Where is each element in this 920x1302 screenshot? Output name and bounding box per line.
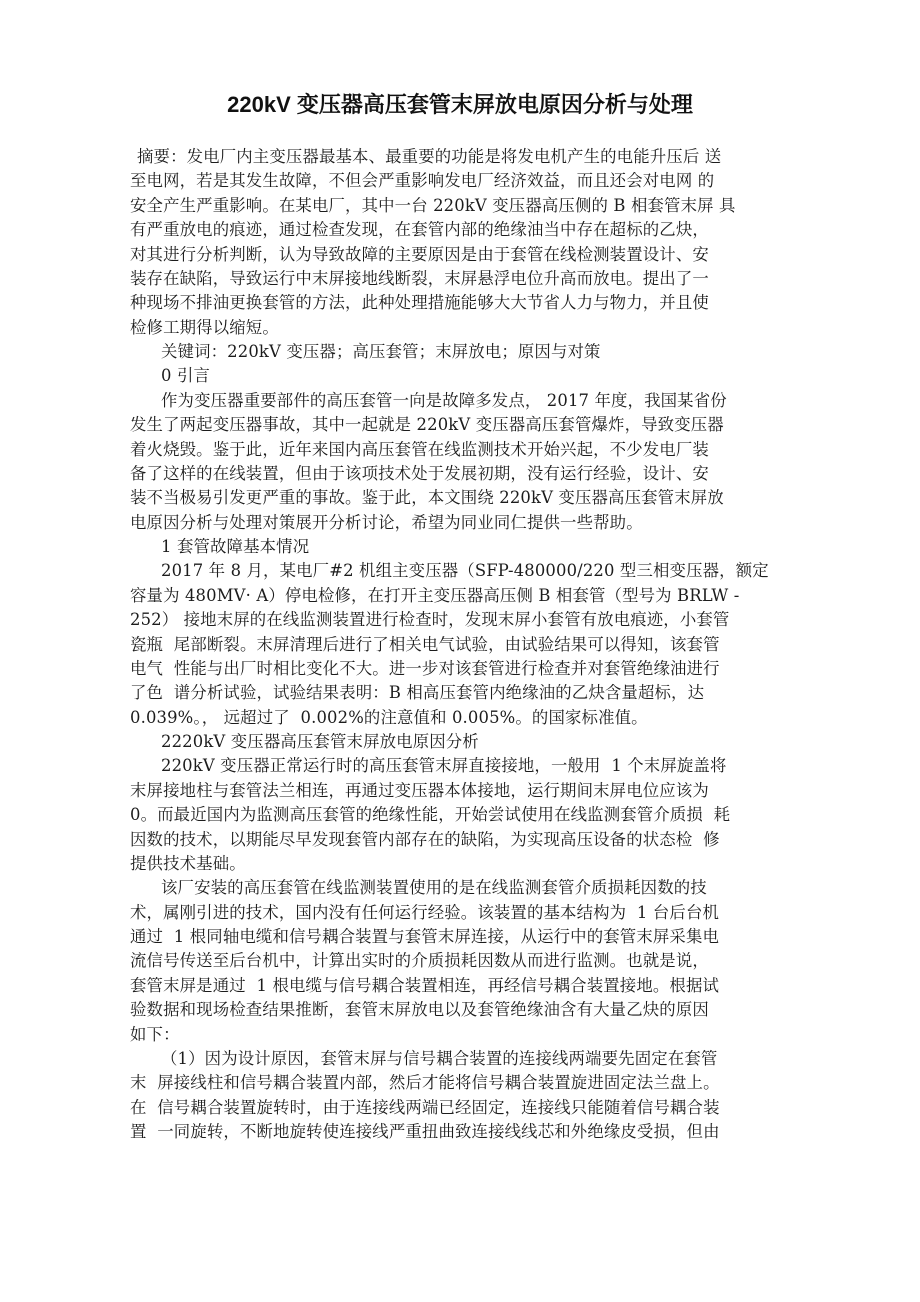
text-line: （1）因为设计原因，套管末屏与信号耦合装置的连接线两端要先固定在套管 xyxy=(130,1047,794,1071)
keywords-line: 关键词：220kV 变压器；高压套管；末屏放电；原因与对策 xyxy=(130,340,794,364)
text-line: 通过 1 根同轴电缆和信号耦合装置与套管末屏连接，从运行中的套管末屏采集电 xyxy=(130,925,794,949)
cause-analysis-item-1: （1）因为设计原因，套管末屏与信号耦合装置的连接线两端要先固定在套管 末 屏接线… xyxy=(130,1047,794,1145)
text-line: 装存在缺陷，导致运行中末屏接地线断裂，末屏悬浮电位升高而放电。提出了一 xyxy=(130,267,794,291)
text-line: 如下： xyxy=(130,1023,794,1047)
text-line: 检修工期得以缩短。 xyxy=(130,316,794,340)
fault-overview-paragraph: 2017 年 8 月，某电厂#2 机组主变压器（SFP-480000/220 型… xyxy=(130,559,794,730)
text-line: 末 屏接线柱和信号耦合装置内部，然后才能将信号耦合装置旋进固定法兰盘上。 xyxy=(130,1071,794,1095)
cause-analysis-paragraph-2: 该厂安装的高压套管在线监测装置使用的是在线监测套管介质损耗因数的技 术，属刚引进… xyxy=(130,876,794,1047)
text-line: 发生了两起变压器事故，其中一起就是 220kV 变压器高压套管爆炸，导致变压器 xyxy=(130,413,794,437)
text-line: 备了这样的在线装置，但由于该项技术处于发展初期，没有运行经验，设计、安 xyxy=(130,462,794,486)
text-line: 电气 性能与出厂时相比变化不大。进一步对该套管进行检查并对套管绝缘油进行 xyxy=(130,657,794,681)
text-line: 作为变压器重要部件的高压套管一向是故障多发点， 2017 年度，我国某省份 xyxy=(130,389,794,413)
text-line: 该厂安装的高压套管在线监测装置使用的是在线监测套管介质损耗因数的技 xyxy=(130,876,794,900)
text-line: 了色 谱分析试验，试验结果表明：B 相高压套管内绝缘油的乙炔含量超标，达 xyxy=(130,681,794,705)
text-line: 252） 接地末屏的在线监测装置进行检查时，发现末屏小套管有放电痕迹，小套管 xyxy=(130,608,794,632)
text-line: 对其进行分析判断，认为导致故障的主要原因是由于套管在线检测装置设计、安 xyxy=(130,243,794,267)
document-body: 摘要：发电厂内主变压器最基本、最重要的功能是将发电机产生的电能升压后 送 至电网… xyxy=(130,145,794,1144)
text-line: 术，属刚引进的技术，国内没有任何运行经验。该装置的基本结构为 1 台后台机 xyxy=(130,901,794,925)
text-line: 提供技术基础。 xyxy=(130,852,794,876)
text-line: 着火烧毁。鉴于此，近年来国内高压套管在线监测技术开始兴起，不少发电厂装 xyxy=(130,438,794,462)
text-line: 种现场不排油更换套管的方法，此种处理措施能够大大节省人力与物力，并且使 xyxy=(130,291,794,315)
text-line: 0.039%。， 远超过了 0.002%的注意值和 0.005%。的国家标准值。 xyxy=(130,706,794,730)
text-line: 因数的技术，以期能尽早发现套管内部存在的缺陷，为实现高压设备的状态检 修 xyxy=(130,828,794,852)
document-page: 220kV 变压器高压套管末屏放电原因分析与处理 摘要：发电厂内主变压器最基本、… xyxy=(0,0,920,1302)
document-title: 220kV 变压器高压套管末屏放电原因分析与处理 xyxy=(130,90,790,120)
text-line: 容量为 480MV· A）停电检修，在打开主变压器高压侧 B 相套管（型号为 B… xyxy=(130,584,794,608)
text-line: 摘要：发电厂内主变压器最基本、最重要的功能是将发电机产生的电能升压后 送 xyxy=(130,145,794,169)
text-line: 2017 年 8 月，某电厂#2 机组主变压器（SFP-480000/220 型… xyxy=(130,559,794,583)
text-line: 验数据和现场检查结果推断，套管末屏放电以及套管绝缘油含有大量乙炔的原因 xyxy=(130,998,794,1022)
text-line: 电原因分析与处理对策展开分析讨论，希望为同业同仁提供一些帮助。 xyxy=(130,511,794,535)
cause-analysis-paragraph-1: 220kV 变压器正常运行时的高压套管末屏直接接地，一般用 1 个末屏旋盖将 末… xyxy=(130,754,794,876)
text-line: 220kV 变压器正常运行时的高压套管末屏直接接地，一般用 1 个末屏旋盖将 xyxy=(130,754,794,778)
text-line: 安全产生严重影响。在某电厂，其中一台 220kV 变压器高压侧的 B 相套管末屏… xyxy=(130,194,794,218)
introduction-paragraph: 作为变压器重要部件的高压套管一向是故障多发点， 2017 年度，我国某省份 发生… xyxy=(130,389,794,535)
abstract-paragraph: 摘要：发电厂内主变压器最基本、最重要的功能是将发电机产生的电能升压后 送 至电网… xyxy=(130,145,794,340)
section-heading-fault-overview: 1 套管故障基本情况 xyxy=(130,535,794,559)
text-line: 流信号传送至后台机中，计算出实时的介质损耗因数从而进行监测。也就是说， xyxy=(130,949,794,973)
text-line: 至电网，若是其发生故障，不但会严重影响发电厂经济效益，而且还会对电网 的 xyxy=(130,169,794,193)
text-line: 在 信号耦合装置旋转时，由于连接线两端已经固定，连接线只能随着信号耦合装 xyxy=(130,1096,794,1120)
text-line: 置 一同旋转，不断地旋转使连接线严重扭曲致连接线线芯和外绝缘皮受损，但由 xyxy=(130,1120,794,1144)
text-line: 套管末屏是通过 1 根电缆与信号耦合装置相连，再经信号耦合装置接地。根据试 xyxy=(130,974,794,998)
text-line: 0。而最近国内为监测高压套管的绝缘性能，开始尝试使用在线监测套管介质损 耗 xyxy=(130,803,794,827)
text-line: 有严重放电的痕迹，通过检查发现，在套管内部的绝缘油当中存在超标的乙炔， xyxy=(130,218,794,242)
text-line: 末屏接地柱与套管法兰相连，再通过变压器本体接地，运行期间末屏电位应该为 xyxy=(130,779,794,803)
text-line: 装不当极易引发更严重的事故。鉴于此，本文围绕 220kV 变压器高压套管末屏放 xyxy=(130,486,794,510)
section-heading-introduction: 0 引言 xyxy=(130,364,794,388)
text-line: 瓷瓶 尾部断裂。末屏清理后进行了相关电气试验，由试验结果可以得知，该套管 xyxy=(130,633,794,657)
section-heading-cause-analysis: 2220kV 变压器高压套管末屏放电原因分析 xyxy=(130,730,794,754)
